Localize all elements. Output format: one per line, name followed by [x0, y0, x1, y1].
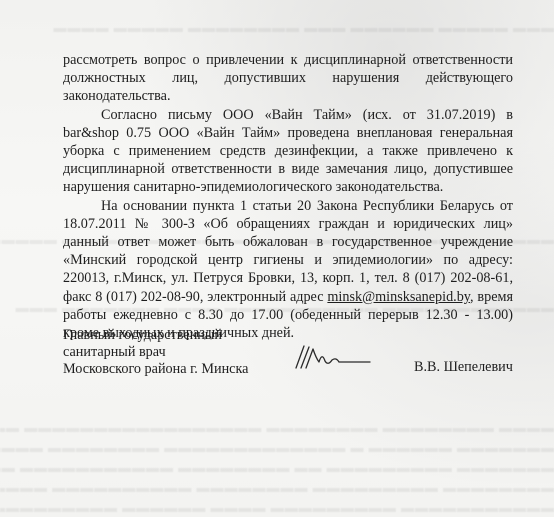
bleed-through-text: ▬▬▬▬▬▬▬ ▬▬▬▬▬▬ ▬ ▬▬▬▬▬▬▬▬▬▬▬▬▬ ▬▬▬▬▬▬▬▬ … — [0, 440, 554, 456]
paragraph-disciplinary: рассмотреть вопрос о привлечении к дисци… — [63, 51, 513, 106]
bleed-through-text: ▬▬▬▬▬▬▬▬▬▬▬ ▬▬▬▬▬▬▬▬▬ ▬▬▬▬ ▬▬▬▬▬▬ ▬▬▬▬▬▬… — [0, 500, 554, 516]
email-link[interactable]: minsk@minsksanepid.by — [327, 289, 470, 305]
letter-body: рассмотреть вопрос о привлечении к дисци… — [63, 51, 513, 342]
paragraph-appeal-info: На основании пункта 1 статьи 20 Закона Р… — [63, 197, 513, 343]
signatory-name: В.В. Шепелевич — [414, 359, 513, 376]
handwritten-signature-icon — [292, 342, 372, 372]
bleed-through-text: ▬▬▬▬▬▬▬▬ ▬▬▬▬▬▬▬▬▬ ▬▬▬▬▬▬▬▬ ▬▬▬▬▬▬▬▬▬▬ ▬… — [0, 480, 554, 496]
paragraph-company-response: Согласно письму ООО «Вайн Тайм» (исх. от… — [63, 106, 513, 197]
bleed-through-text: ▬▬▬▬▬▬▬ ▬▬▬▬▬▬▬▬▬ ▬▬ ▬▬▬▬▬▬▬▬ ▬▬▬▬▬▬▬▬▬▬… — [0, 460, 554, 476]
bleed-through-text: ▬▬▬▬ ▬▬▬▬▬▬▬▬ ▬▬▬▬▬▬▬▬ ▬▬▬▬▬▬▬▬▬▬▬▬▬▬▬▬▬… — [0, 420, 554, 436]
bleed-through-text: ▬▬▬ ▬▬▬▬▬ ▬▬▬▬▬▬ ▬▬▬ ▬▬▬▬▬▬▬▬ ▬▬▬▬▬ ▬▬▬▬ — [0, 20, 554, 36]
signature-title-line: Главный государственный — [63, 327, 513, 344]
scanned-page: ▬▬▬ ▬▬▬▬▬ ▬▬▬▬▬▬ ▬▬▬ ▬▬▬▬▬▬▬▬ ▬▬▬▬▬ ▬▬▬▬… — [0, 0, 554, 517]
